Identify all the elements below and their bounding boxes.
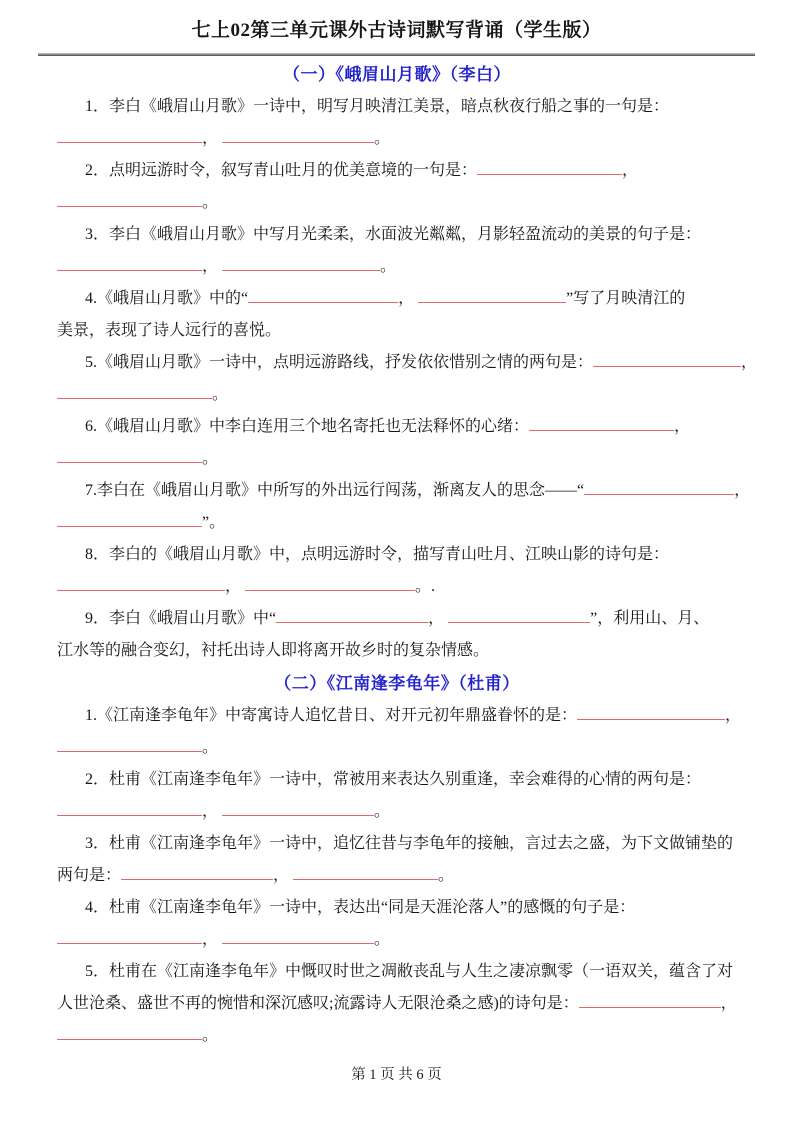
- answer-blank: [57, 127, 202, 143]
- text-line: 2．杜甫《江南逢李龟年》一诗中，常被用来表达久别重逢，幸会难得的心情的两句是：: [57, 764, 737, 796]
- answer-blank: [448, 607, 590, 623]
- question-text: 。.: [415, 578, 435, 595]
- question-text: ，: [622, 162, 638, 179]
- answer-blank: [529, 415, 674, 431]
- question-text: 江水等的融合变幻，衬托出诗人即将离开故乡时的复杂情感。: [57, 642, 489, 659]
- question-text: 7.李白在《峨眉山月歌》中所写的外出远行闯荡，渐离友人的思念——“: [85, 482, 584, 499]
- answer-blank: [57, 1024, 202, 1040]
- answer-blank: [584, 479, 734, 495]
- text-line: 4．杜甫《江南逢李龟年》一诗中，表达出“同是天涯沦落人”的感慨的句子是：: [57, 892, 737, 924]
- document-page: 七上02第三单元课外古诗词默写背诵（学生版） （一）《峨眉山月歌》（李白）1．李…: [0, 0, 793, 1122]
- text-line: 5．杜甫在《江南逢李龟年》中慨叹时世之凋敝丧乱与人生之凄凉飘零（一语双关，蕴含了…: [57, 956, 737, 988]
- text-line: ， 。: [57, 924, 737, 956]
- question-text: ，: [428, 610, 448, 627]
- text-line: ”。: [57, 507, 737, 539]
- text-line: 1．李白《峨眉山月歌》一诗中，明写月映清江美景，暗点秋夜行船之事的一句是：: [57, 91, 737, 123]
- text-line: ， 。: [57, 251, 737, 283]
- answer-blank: [222, 255, 380, 271]
- page-number-footer: 第 1 页 共 6 页: [0, 1063, 793, 1084]
- text-line: 。: [57, 187, 737, 219]
- question-text: 5.《峨眉山月歌》一诗中，点明远游路线，抒发依依惜别之情的两句是：: [85, 354, 593, 371]
- question-text: 2．点明远游时令，叙写青山吐月的优美意境的一句是：: [85, 162, 477, 179]
- question-text: ，: [674, 418, 690, 435]
- question-text: 2．杜甫《江南逢李龟年》一诗中，常被用来表达久别重逢，幸会难得的心情的两句是：: [85, 771, 701, 788]
- question-text: ，: [734, 482, 750, 499]
- question-text: 。: [438, 867, 454, 884]
- answer-blank: [57, 191, 202, 207]
- answer-blank: [577, 704, 725, 720]
- answer-blank: [477, 159, 622, 175]
- question-text: 5．杜甫在《江南逢李龟年》中慨叹时世之凋敝丧乱与人生之凄凉飘零（一语双关，蕴含了…: [85, 963, 733, 980]
- question-text: ，: [225, 578, 245, 595]
- question-text: ”写了月映清江的: [566, 290, 685, 307]
- question-text: ”，利用山、月、: [590, 610, 709, 627]
- answer-blank: [57, 575, 225, 591]
- text-line: 2．点明远游时令，叙写青山吐月的优美意境的一句是：，: [57, 155, 737, 187]
- text-line: 两句是：， 。: [57, 860, 737, 892]
- answer-blank: [121, 864, 273, 880]
- question-text: 8．李白的《峨眉山月歌》中，点明远游时令，描写青山吐月、江映山影的诗句是：: [85, 546, 669, 563]
- question-text: 。: [202, 450, 218, 467]
- answer-blank: [293, 864, 438, 880]
- question-text: 。: [202, 739, 218, 756]
- question-text: ，: [398, 290, 418, 307]
- section-heading: （一）《峨眉山月歌》（李白）: [57, 58, 737, 91]
- answer-blank: [276, 607, 428, 623]
- question-text: ，: [202, 258, 222, 275]
- title-divider-rule: [38, 53, 755, 56]
- answer-blank: [222, 928, 374, 944]
- text-line: 8．李白的《峨眉山月歌》中，点明远游时令，描写青山吐月、江映山影的诗句是：: [57, 539, 737, 571]
- text-line: ， 。: [57, 796, 737, 828]
- question-text: 4．杜甫《江南逢李龟年》一诗中，表达出“同是天涯沦落人”的感慨的句子是：: [85, 899, 635, 916]
- question-text: 。: [374, 130, 390, 147]
- question-text: 3．杜甫《江南逢李龟年》一诗中，追忆往昔与李龟年的接触，言过去之盛，为下文做铺垫…: [85, 835, 733, 852]
- question-text: 。: [380, 258, 396, 275]
- question-text: 。: [374, 803, 390, 820]
- question-text: ，: [202, 130, 222, 147]
- text-line: 。: [57, 379, 737, 411]
- answer-blank: [418, 287, 566, 303]
- question-text: 9．李白《峨眉山月歌》中“: [85, 610, 276, 627]
- answer-blank: [579, 992, 721, 1008]
- text-line: 5.《峨眉山月歌》一诗中，点明远游路线，抒发依依惜别之情的两句是：，: [57, 347, 737, 379]
- text-line: 7.李白在《峨眉山月歌》中所写的外出远行闯荡，渐离友人的思念——“，: [57, 475, 737, 507]
- question-text: 人世沧桑、盛世不再的惋惜和深沉感叹;流露诗人无限沧桑之感)的诗句是：: [57, 995, 579, 1012]
- question-text: 1.《江南逢李龟年》中寄寓诗人追忆昔日、对开元初年鼎盛眷怀的是：: [85, 707, 577, 724]
- text-line: 1.《江南逢李龟年》中寄寓诗人追忆昔日、对开元初年鼎盛眷怀的是：，: [57, 700, 737, 732]
- answer-blank: [57, 255, 202, 271]
- answer-blank: [245, 575, 415, 591]
- question-text: 4.《峨眉山月歌》中的“: [85, 290, 248, 307]
- question-text: 1．李白《峨眉山月歌》一诗中，明写月映清江美景，暗点秋夜行船之事的一句是：: [85, 98, 669, 115]
- text-line: 4.《峨眉山月歌》中的“， ”写了月映清江的: [57, 283, 737, 315]
- document-body: （一）《峨眉山月歌》（李白）1．李白《峨眉山月歌》一诗中，明写月映清江美景，暗点…: [57, 58, 737, 1052]
- answer-blank: [57, 736, 202, 752]
- question-text: 。: [202, 194, 218, 211]
- question-text: 。: [374, 931, 390, 948]
- answer-blank: [222, 127, 374, 143]
- text-line: 。: [57, 1020, 737, 1052]
- answer-blank: [57, 383, 212, 399]
- question-text: 3．李白《峨眉山月歌》中写月光柔柔，水面波光粼粼，月影轻盈流动的美景的句子是：: [85, 226, 701, 243]
- text-line: 。: [57, 443, 737, 475]
- answer-blank: [57, 800, 202, 816]
- text-line: ， 。.: [57, 571, 737, 603]
- question-text: 两句是：: [57, 867, 121, 884]
- question-text: 美景，表现了诗人远行的喜悦。: [57, 322, 281, 339]
- text-line: 江水等的融合变幻，衬托出诗人即将离开故乡时的复杂情感。: [57, 635, 737, 667]
- question-text: ，: [741, 354, 757, 371]
- question-text: ，: [273, 867, 293, 884]
- section-heading: （二）《江南逢李龟年》（杜甫）: [57, 667, 737, 700]
- answer-blank: [593, 351, 741, 367]
- text-line: 6.《峨眉山月歌》中李白连用三个地名寄托也无法释怀的心绪：，: [57, 411, 737, 443]
- text-line: 9．李白《峨眉山月歌》中“， ”，利用山、月、: [57, 603, 737, 635]
- question-text: 。: [202, 1027, 218, 1044]
- question-text: 。: [212, 386, 228, 403]
- text-line: ， 。: [57, 123, 737, 155]
- text-line: 3．李白《峨眉山月歌》中写月光柔柔，水面波光粼粼，月影轻盈流动的美景的句子是：: [57, 219, 737, 251]
- text-line: 人世沧桑、盛世不再的惋惜和深沉感叹;流露诗人无限沧桑之感)的诗句是：，: [57, 988, 737, 1020]
- answer-blank: [57, 511, 202, 527]
- text-line: 。: [57, 732, 737, 764]
- question-text: ，: [721, 995, 737, 1012]
- answer-blank: [57, 928, 202, 944]
- question-text: ，: [202, 803, 222, 820]
- text-line: 美景，表现了诗人远行的喜悦。: [57, 315, 737, 347]
- answer-blank: [222, 800, 374, 816]
- answer-blank: [57, 447, 202, 463]
- text-line: 3．杜甫《江南逢李龟年》一诗中，追忆往昔与李龟年的接触，言过去之盛，为下文做铺垫…: [57, 828, 737, 860]
- document-title: 七上02第三单元课外古诗词默写背诵（学生版）: [0, 0, 793, 44]
- question-text: 6.《峨眉山月歌》中李白连用三个地名寄托也无法释怀的心绪：: [85, 418, 529, 435]
- question-text: ，: [725, 707, 741, 724]
- answer-blank: [248, 287, 398, 303]
- question-text: ”。: [202, 514, 225, 531]
- question-text: ，: [202, 931, 222, 948]
